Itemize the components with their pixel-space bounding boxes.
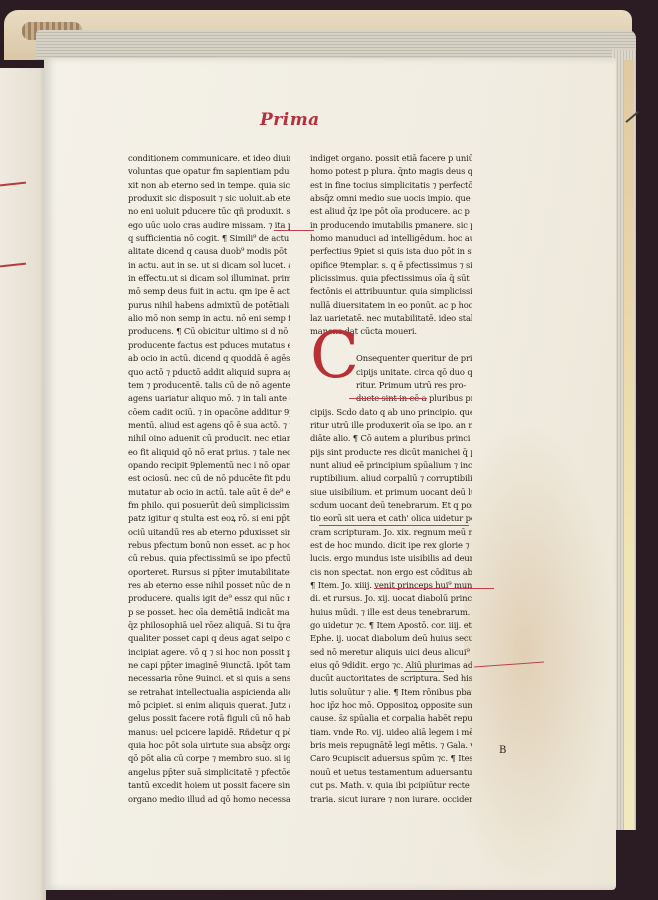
- text-line: qō pōt alia cū corpe ⁊ membro suo. si ig…: [128, 752, 290, 765]
- text-line: ruptibilium. aliud corpaliū ⁊ corruptibi…: [310, 472, 472, 485]
- rubric-underline: [319, 525, 469, 526]
- text-line: mō pcipiet. si enim aliquis querat. Jutz…: [128, 699, 290, 712]
- rubric-mark: [0, 263, 26, 268]
- right-text-column: indiget organo. possit etiā facere p uni…: [310, 152, 472, 806]
- text-line: indiget organo. possit etiā facere p uni…: [310, 152, 472, 165]
- text-line: plicissimus. quia pfectissimus oīa q̄ sū…: [310, 272, 472, 285]
- text-line: producens. ¶ Cū obicitur ultimo si d nō: [128, 325, 290, 338]
- text-line: q sufficientia nō cogit. ¶ Simili⁹ de ac…: [128, 232, 290, 245]
- cover-edge-right: [624, 60, 634, 830]
- text-line: voluntas que opatur fm sapientiam pdu-: [128, 165, 290, 178]
- text-line: produxit sic disposuit ⁊ sic uoluit.ab e…: [128, 192, 290, 205]
- text-line: go uidetur ⁊c. ¶ Item Apostō. cor. iiij.…: [310, 619, 472, 632]
- rubric-underline: [349, 398, 427, 399]
- text-line: purus nihil habens admixtū de potētiali.: [128, 299, 290, 312]
- text-line: fectōnis ei attribuuntur. quia simplicis…: [310, 285, 472, 298]
- text-line: mutatur ab ocio in actū. tale aūt ē de⁹ …: [128, 486, 290, 499]
- text-line: est ociosū. nec cū de nō pducēte fit pdu…: [128, 472, 290, 485]
- left-text-column: conditionem communicare. et ideo diuinav…: [128, 152, 290, 806]
- text-line: ego uūc uolo cras audire missam. ⁊ ita p…: [128, 219, 290, 232]
- text-line: eius qō 9didit. ergo ⁊c. Aliū plurimas a…: [310, 659, 472, 672]
- running-head: Prima: [260, 110, 320, 130]
- text-line: di. et rursus. Jo. xij. uocat diabolū pr…: [310, 592, 472, 605]
- rubric-underline: [404, 671, 444, 672]
- text-line: agens uariatur aliquo mō. ⁊ in tali ante…: [128, 392, 290, 405]
- text-line: tem ⁊ producentē. talis cū de nō agente …: [128, 379, 290, 392]
- page-stack-top-edge: [36, 30, 636, 60]
- text-line: ociū uitandū res ab eterno pduxisset sin…: [128, 526, 290, 539]
- text-line: cū rebus. quia pfectissimū se ipo pfectū…: [128, 552, 290, 565]
- text-line: eo fit aliquid qō nō erat prius. ⁊ tale …: [128, 446, 290, 459]
- text-line: ducūt auctoritates de scriptura. Sed his…: [310, 672, 472, 685]
- text-line: quia hoc pōt sola uirtute sua absq̄z org…: [128, 739, 290, 752]
- text-line: qualiter posset capi q deus agat seipo c…: [128, 632, 290, 645]
- text-line: tantū excedit hoiem ut possit facere sin…: [128, 779, 290, 792]
- text-line: alitate dicend q causa duob⁹ modis pōt e…: [128, 245, 290, 258]
- text-line: mō semp deus fuit in actu. qm ipe ē actu…: [128, 285, 290, 298]
- text-line: homo manuduci ad intelligēdum. hoc autē: [310, 232, 472, 245]
- text-line: tiam. vnde Ro. vij. uideo aliā legem i m…: [310, 726, 472, 739]
- text-line: no eni uoluit pducere tūc qñ produxit. s…: [128, 205, 290, 218]
- text-line: nunt aliud eē principium spūalium ⁊ inco…: [310, 459, 472, 472]
- text-line: in producendo imutabilis pmanere. sic pō…: [310, 219, 472, 232]
- text-line: oporteret. Rursus si pp̄ter imutabilitat…: [128, 566, 290, 579]
- text-line: patz igitur q stulta est eoꝝ rō. si eni …: [128, 512, 290, 525]
- text-line: sed nō meretur aliquis uici deus alicui⁹…: [310, 646, 472, 659]
- text-line: cis non spectat. non ergo est cōditus ab…: [310, 566, 472, 579]
- text-line: cōem cadit ociū. ⁊ in opacōne additur 9p…: [128, 406, 290, 419]
- text-line: ab ocio in actū. dicend q quoddā ē agēs …: [128, 352, 290, 365]
- text-line: fm philo. qui posuerūt deū simplicissimū…: [128, 499, 290, 512]
- text-line: in effectu.ut si dicam sol illuminat. pr…: [128, 272, 290, 285]
- text-line: ne capi pp̄ter imaginē 9iunctā. ipōt tam…: [128, 659, 290, 672]
- text-line: opando recipit 9plementū nec i nō opando: [128, 459, 290, 472]
- text-line: rebus pfectum bonū non esset. ac p hoc n…: [128, 539, 290, 552]
- text-line: huius mūdi. ⁊ ille est deus tenebrarum. …: [310, 606, 472, 619]
- text-line: in actu. aut in se. ut si dicam sol luce…: [128, 259, 290, 272]
- rubric-underline: [374, 588, 494, 589]
- text-line: est de hoc mundo. dicit ipe rex glorie ⁊…: [310, 539, 472, 552]
- text-line: Caro 9cupiscit aduersus spūm ⁊c. ¶ Ites: [310, 752, 472, 765]
- text-line: res ab eterno esse nihil posset nūc de n…: [128, 579, 290, 592]
- text-line: alio mō non semp in actu. nō eni semp fu…: [128, 312, 290, 325]
- text-line: cause. s̄z spūalia et corpalia habēt rep…: [310, 712, 472, 725]
- text-line: se retrahat intellectualia aspicienda al…: [128, 686, 290, 699]
- text-line: incipiat agere. vō q ⁊ si hoc non possit…: [128, 646, 290, 659]
- text-line: cipijs. Scdo dato q ab uno principio. qu…: [310, 406, 472, 419]
- text-line: homo potest p plura. q̄nto magis deus qu…: [310, 165, 472, 178]
- rubric-underline: [274, 230, 314, 231]
- text-line: traria. sicut iurare ⁊ non iurare. occid…: [310, 793, 472, 806]
- text-line: scdum uocant deū tenebrarum. Et q posi: [310, 499, 472, 512]
- text-line: nihil oino aduenit cū producit. nec etia…: [128, 432, 290, 445]
- text-line: ¶ Item. Jo. xiiij. venit princeps hui⁹ m…: [310, 579, 472, 592]
- rubric-mark: [0, 182, 26, 187]
- text-line: producente factus est pduces mutatus est: [128, 339, 290, 352]
- text-line: necessaria rōne 9uinci. et si quis a sen…: [128, 672, 290, 685]
- text-line: conditionem communicare. et ideo diuina: [128, 152, 290, 165]
- text-line: diāte alio. ¶ Cō autem a pluribus princi: [310, 432, 472, 445]
- text-line: q̄z philosophiā uel rōez aliquā. Si tu q…: [128, 619, 290, 632]
- text-line: xit non ab eterno sed in tempe. quia sic…: [128, 179, 290, 192]
- water-stain: [464, 418, 614, 888]
- text-line: quo actō ⁊ pductō addit aliquid supra ag…: [128, 366, 290, 379]
- text-line: tio eorū sit uera et cath' olica uidetur…: [310, 512, 472, 525]
- text-line: p se posset. hec oīa demētiā indicāt mag…: [128, 606, 290, 619]
- signature-mark: B: [499, 745, 506, 756]
- text-line: absq̄z omni medio sue uocis impio. que n…: [310, 192, 472, 205]
- text-line: Ephe. ij. uocat diabolum deū huius secul…: [310, 632, 472, 645]
- text-line: siue uisibilium. et primum uocant deū lu…: [310, 486, 472, 499]
- text-line: producere. qualis igit de⁹ essz qui nūc …: [128, 592, 290, 605]
- text-line: gelus possit facere rotā figuli cū nō ha…: [128, 712, 290, 725]
- text-line: nullā diuersitatem in eo ponūt. ac p hoc…: [310, 299, 472, 312]
- text-line: lutis soluūtur ⁊ alie. ¶ Item rōnibus pb…: [310, 686, 472, 699]
- text-line: perfectius 9piet si quis ista duo pōt in…: [310, 245, 472, 258]
- text-line: cut ps. Math. v. quia ibi pcipiūtur rect…: [310, 779, 472, 792]
- text-line: organo medio illud ad qō homo necessario: [128, 793, 290, 806]
- page: Prima conditionem communicare. et ideo d…: [44, 58, 616, 890]
- text-line: est in fine tocius simplicitatis ⁊ perfe…: [310, 179, 472, 192]
- text-line: hoc ip̄z hoc mō. Oppositoꝝ opposite sunt: [310, 699, 472, 712]
- text-line: lucis. ergo mundus iste uisibilis ad deu…: [310, 552, 472, 565]
- left-facing-page: [0, 68, 46, 900]
- text-line: nouū et uetus testamentum aduersantur si: [310, 766, 472, 779]
- text-line: opifice 9templar. s. q ē pfectissimus ⁊ …: [310, 259, 472, 272]
- text-line: angelus pp̄ter suā simplicitatē ⁊ pfectō…: [128, 766, 290, 779]
- text-line: ritur utrū ille produxerit oīa se ipo. a…: [310, 419, 472, 432]
- rubricated-initial: C: [310, 324, 354, 388]
- text-line: bris meis repugnātē legi mētis. ⁊ Gala. …: [310, 739, 472, 752]
- text-line: cram scripturam. Jo. xix. regnum meū nō: [310, 526, 472, 539]
- text-line: mentū. aliud est agens qō ē sua actō. ⁊ …: [128, 419, 290, 432]
- text-line: manus: uel pcicere lapidē. Rñdetur q pōt: [128, 726, 290, 739]
- text-line: pijs sint producte res dicūt manichei q̄…: [310, 446, 472, 459]
- text-line: est aliud q̄z ipe pōt oīa producere. ac …: [310, 205, 472, 218]
